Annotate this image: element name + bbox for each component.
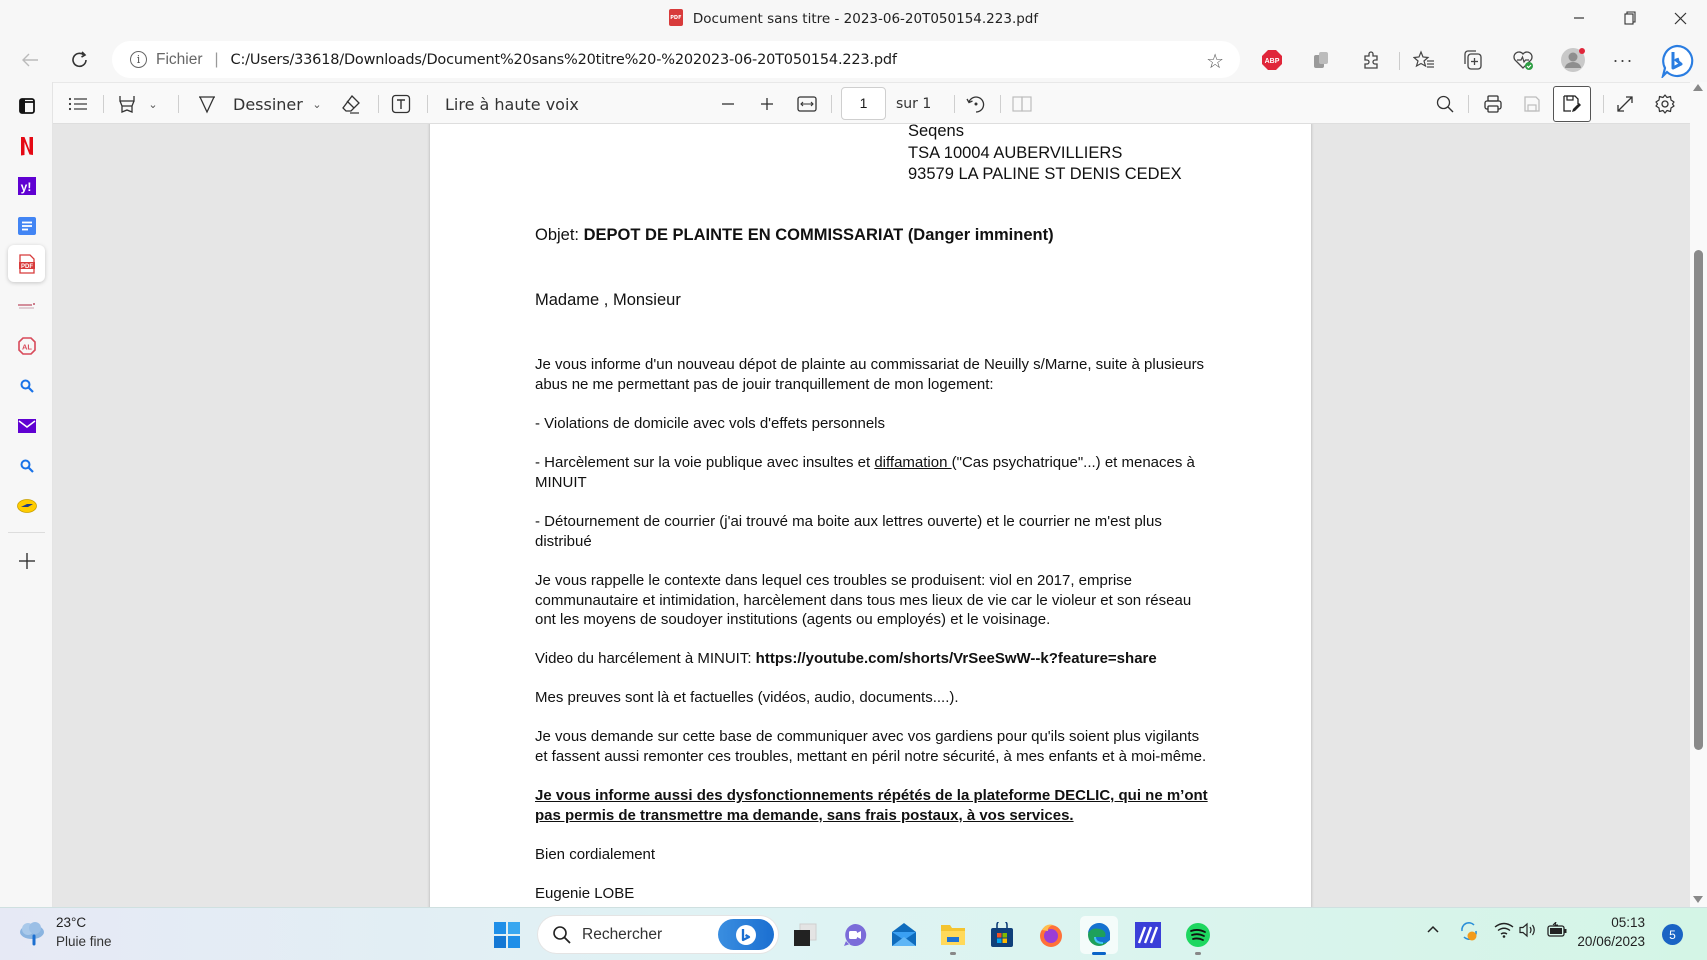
two-page-icon <box>1012 95 1032 113</box>
logo-icon <box>17 302 37 310</box>
sidebar-item-search-1[interactable] <box>8 367 45 404</box>
teams-chat-icon <box>842 922 868 948</box>
printer-icon <box>1483 94 1503 114</box>
extensions-puzzle-icon[interactable] <box>1358 47 1384 73</box>
fit-width-icon <box>797 96 817 112</box>
highlighter-icon <box>118 94 136 114</box>
gear-icon <box>1655 94 1675 114</box>
highlight-options-chevron[interactable]: ⌄ <box>145 88 161 120</box>
draw-button[interactable]: Dessiner <box>233 88 303 120</box>
vertical-scrollbar[interactable] <box>1690 82 1707 907</box>
sidebar-item-la-poste[interactable] <box>8 487 45 524</box>
video-label: Video du harcélement à MINUIT: <box>535 650 756 667</box>
taskbar-firefox[interactable] <box>1032 916 1070 954</box>
address-bar[interactable]: i Fichier | C:/Users/33618/Downloads/Doc… <box>112 41 1240 78</box>
browser-essentials-icon[interactable] <box>1510 47 1536 73</box>
mail-icon <box>18 419 36 433</box>
svg-text:ABP: ABP <box>1265 58 1280 65</box>
erase-button[interactable] <box>337 88 365 120</box>
search-icon <box>552 925 572 945</box>
windows-taskbar: 23°C Pluie fine Rechercher <box>0 907 1707 960</box>
spotify-icon <box>1185 922 1211 948</box>
clock-time[interactable]: 05:13 <box>1611 915 1645 930</box>
object-text: DEPOT DE PLAINTE EN COMMISSARIAT (Danger… <box>584 226 1054 244</box>
taskbar-microsoft-store[interactable] <box>983 916 1021 954</box>
mail-icon <box>891 922 917 948</box>
text-box-icon <box>391 94 411 114</box>
toolbar-divider <box>1399 52 1400 70</box>
toolbar-divider <box>427 95 428 113</box>
svg-text:AL: AL <box>22 342 32 351</box>
pdf-icon: PDF <box>18 254 36 274</box>
task-view-icon <box>792 922 818 948</box>
pdf-page: Seqens TSA 10004 AUBERVILLIERS 93579 LA … <box>430 124 1311 907</box>
firefox-icon <box>1038 922 1064 948</box>
add-text-button[interactable] <box>387 88 415 120</box>
taskbar-file-explorer[interactable] <box>934 916 972 954</box>
zoom-out-button[interactable] <box>715 88 741 120</box>
read-aloud-button[interactable]: Lire à haute voix <box>445 88 579 120</box>
fit-to-width-button[interactable] <box>793 88 821 120</box>
app-ma-icon <box>1135 922 1161 948</box>
intro-paragraph: Je vous informe d'un nouveau dépot de pl… <box>535 355 1215 394</box>
sidebar-item-yahoo[interactable]: y! <box>8 167 45 204</box>
complaint-item-1: - Violations de domicile avec vols d'eff… <box>535 414 1215 434</box>
page-view-button <box>1009 88 1035 120</box>
address-separator: | <box>215 51 219 69</box>
start-button[interactable] <box>488 916 526 954</box>
minimize-button[interactable] <box>1559 4 1599 32</box>
page-total-label: sur 1 <box>896 88 931 120</box>
svg-text:y!: y! <box>20 180 31 194</box>
pdf-settings-button[interactable] <box>1651 88 1679 120</box>
zoom-in-button[interactable] <box>754 88 780 120</box>
highlight-button[interactable] <box>113 88 141 120</box>
recipient-address-line1: TSA 10004 AUBERVILLIERS <box>908 143 1122 165</box>
minus-icon <box>721 97 735 111</box>
bing-icon <box>735 924 757 946</box>
collections-icon[interactable] <box>1460 47 1486 73</box>
expand-icon <box>1616 95 1634 113</box>
weather-temperature[interactable]: 23°C <box>56 915 86 930</box>
bing-search-button[interactable] <box>718 919 774 950</box>
close-button[interactable] <box>1660 4 1700 32</box>
recipient-address-line2: 93579 LA PALINE ST DENIS CEDEX <box>908 164 1182 186</box>
toolbar-divider <box>1468 95 1469 113</box>
complaint-item-3: - Détournement de courrier (j'ai trouvé … <box>535 512 1215 551</box>
proofs-paragraph: Mes preuves sont là et factuelles (vidéo… <box>535 688 1215 708</box>
draw-pen-icon[interactable] <box>195 88 219 120</box>
scrollbar-thumb[interactable] <box>1694 250 1703 750</box>
edge-sidebar: y! PDF AL <box>0 82 53 907</box>
defamation-link[interactable]: diffamation <box>874 454 951 471</box>
toolbar-divider <box>103 95 104 113</box>
store-icon <box>990 922 1014 948</box>
toolbar-divider <box>1000 95 1001 113</box>
sidebar-item-al-app[interactable]: AL <box>8 327 45 364</box>
refresh-button[interactable] <box>64 44 96 76</box>
search-icon <box>1436 95 1454 113</box>
declic-paragraph: Je vous informe aussi des dysfonctionnem… <box>535 786 1215 825</box>
scroll-up-arrow[interactable] <box>1693 84 1703 91</box>
al-icon: AL <box>18 337 36 355</box>
scroll-down-arrow[interactable] <box>1693 896 1703 903</box>
netflix-icon <box>20 136 34 156</box>
wifi-icon[interactable] <box>1494 922 1514 942</box>
taskbar-teams-chat[interactable] <box>836 916 874 954</box>
find-button[interactable] <box>1431 88 1459 120</box>
plus-icon <box>760 97 774 111</box>
search-icon <box>20 459 34 473</box>
save-as-icon <box>1562 94 1582 114</box>
salutation: Madame , Monsieur <box>535 291 1215 311</box>
print-button[interactable] <box>1479 88 1507 120</box>
restore-button[interactable] <box>1610 4 1650 32</box>
taskbar-app-ma[interactable] <box>1129 916 1167 954</box>
taskbar-edge[interactable] <box>1080 916 1118 954</box>
taskbar-mail[interactable] <box>885 916 923 954</box>
running-indicator <box>950 952 956 955</box>
rotate-icon <box>966 94 986 114</box>
toolbar-divider <box>1603 95 1604 113</box>
extension-icon[interactable] <box>1308 47 1334 73</box>
sidebar-item-netflix[interactable] <box>8 127 45 164</box>
battery-icon[interactable] <box>1547 922 1567 942</box>
rotate-button[interactable] <box>962 88 990 120</box>
list-icon <box>68 97 88 111</box>
complaint-item-2: - Harcèlement sur la voie publique avec … <box>535 453 1215 492</box>
adblock-plus-icon[interactable]: ABP <box>1259 47 1285 73</box>
yahoo-icon: y! <box>18 177 36 195</box>
edge-icon <box>1086 922 1112 948</box>
favorite-star-icon[interactable]: ☆ <box>1206 49 1224 74</box>
url-text[interactable]: C:/Users/33618/Downloads/Document%20sans… <box>231 52 897 68</box>
browser-navigation-bar: i Fichier | C:/Users/33618/Downloads/Doc… <box>0 38 1707 82</box>
bing-copilot-icon[interactable] <box>1659 43 1695 79</box>
tabs-icon <box>18 97 36 115</box>
search-placeholder: Rechercher <box>582 926 662 944</box>
object-label: Objet: <box>535 226 584 244</box>
weather-description[interactable]: Pluie fine <box>56 934 112 949</box>
window-title-text: Document sans titre - 2023-06-20T050154.… <box>693 11 1038 27</box>
page-number-input[interactable]: 1 <box>841 87 886 120</box>
sync-status-icon[interactable] <box>1458 920 1480 946</box>
more-options-icon[interactable]: ··· <box>1610 47 1636 73</box>
recipient-name: Seqens <box>908 124 964 143</box>
volume-icon[interactable] <box>1519 922 1537 942</box>
windows-logo-icon <box>494 922 520 948</box>
sidebar-item-mail[interactable] <box>8 407 45 444</box>
sidebar-item-search-2[interactable] <box>8 447 45 484</box>
weather-widget[interactable] <box>16 918 48 955</box>
profile-avatar[interactable] <box>1560 47 1586 73</box>
active-indicator <box>1092 952 1106 955</box>
pdf-toolbar: ⌄ Dessiner ⌄ Lire à haute voix 1 sur 1 <box>53 82 1690 124</box>
show-hidden-icons-button[interactable] <box>1426 922 1440 940</box>
site-info-label[interactable]: Fichier <box>156 51 203 69</box>
clock-date[interactable]: 20/06/2023 <box>1577 934 1645 949</box>
favorites-icon[interactable] <box>1411 47 1437 73</box>
context-paragraph: Je vous rappelle le contexte dans lequel… <box>535 571 1215 630</box>
notification-badge[interactable]: 5 <box>1662 924 1683 945</box>
toolbar-divider <box>831 95 832 113</box>
signature: Eugenie LOBE <box>535 884 1215 904</box>
fullscreen-button[interactable] <box>1611 88 1639 120</box>
search-icon <box>20 379 34 393</box>
item2-text: - Harcèlement sur la voie publique avec … <box>535 454 874 471</box>
save-button <box>1518 88 1546 120</box>
window-title-bar: Document sans titre - 2023-06-20T050154.… <box>0 0 1707 38</box>
save-as-button[interactable] <box>1553 86 1591 122</box>
chevron-up-icon <box>1426 922 1440 936</box>
toolbar-divider <box>178 95 179 113</box>
table-of-contents-button[interactable] <box>63 88 93 120</box>
sidebar-item-tab-actions[interactable] <box>8 87 45 124</box>
sidebar-item-google-docs[interactable] <box>8 207 45 244</box>
sidebar-add-button[interactable] <box>8 542 45 579</box>
plus-icon <box>18 552 36 570</box>
pdf-file-icon <box>669 9 683 26</box>
laposte-icon <box>17 499 37 513</box>
svg-text:PDF: PDF <box>21 264 33 270</box>
save-icon <box>1523 95 1541 113</box>
toolbar-divider <box>954 95 955 113</box>
taskbar-spotify[interactable] <box>1179 916 1217 954</box>
taskbar-search-box[interactable]: Rechercher <box>538 916 778 953</box>
rain-cloud-icon <box>16 918 48 950</box>
sidebar-divider <box>8 532 45 533</box>
video-line: Video du harcélement à MINUIT: https://y… <box>535 649 1255 669</box>
info-icon[interactable]: i <box>130 51 147 68</box>
sidebar-item-pdf[interactable]: PDF <box>8 245 45 282</box>
toolbar-divider <box>378 95 379 113</box>
sidebar-item-site-logo[interactable] <box>8 287 45 324</box>
eraser-icon <box>341 94 361 114</box>
pdf-viewer-area: Seqens TSA 10004 AUBERVILLIERS 93579 LA … <box>53 124 1690 907</box>
taskbar-task-view[interactable] <box>786 916 824 954</box>
video-url[interactable]: https://youtube.com/shorts/VrSeeSwW--k?f… <box>756 650 1157 667</box>
folder-icon <box>940 922 966 948</box>
draw-options-chevron[interactable]: ⌄ <box>309 88 325 120</box>
back-button[interactable] <box>14 44 46 76</box>
running-indicator <box>1195 952 1201 955</box>
closing-line: Bien cordialement <box>535 845 1215 865</box>
window-title: Document sans titre - 2023-06-20T050154.… <box>0 9 1707 27</box>
request-paragraph: Je vous demande sur cette base de commun… <box>535 727 1215 766</box>
letter-object: Objet: DEPOT DE PLAINTE EN COMMISSARIAT … <box>535 226 1235 246</box>
docs-icon <box>18 217 36 235</box>
